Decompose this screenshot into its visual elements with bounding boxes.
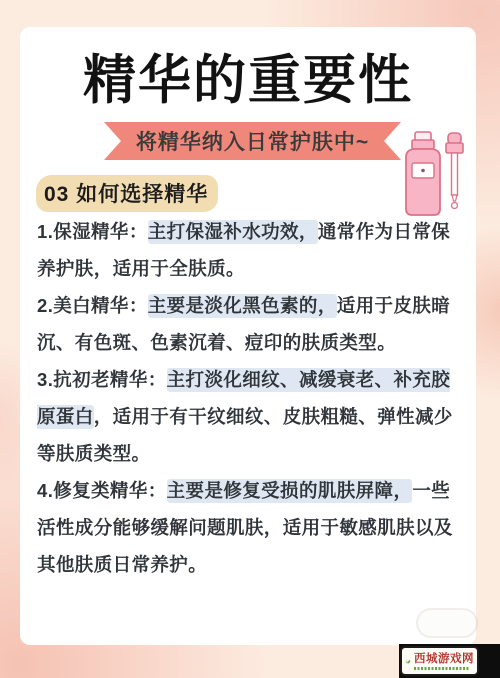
sprout-icon <box>405 654 411 669</box>
page-title: 精华的重要性 <box>20 50 476 112</box>
essence-item-detail: ，适用于有干纹细纹、皮肤粗糙、弹性减少等肤质类型。 <box>37 406 453 464</box>
banner-text: 将精华纳入日常护肤中~ <box>136 126 369 156</box>
essence-item-moisturizing: 1.保湿精华：主打保湿补水功效，通常作为日常保养护肤，适用于全肤质。 <box>37 213 469 287</box>
banner-ribbon: 将精华纳入日常护肤中~ <box>104 122 401 160</box>
essence-item-anti-aging: 3.抗初老精华：主打淡化细纹、减缓衰老、补充胶原蛋白，适用于有干纹细纹、皮肤粗糙… <box>37 361 469 472</box>
essence-item-repair: 4.修复类精华：主要是修复受损的肌肤屏障，一些活性成分能够缓解问题肌肤，适用于敏… <box>37 472 469 583</box>
section-heading-text: 03 如何选择精华 <box>36 175 218 212</box>
section-heading: 03 如何选择精华 <box>36 175 218 212</box>
essence-item-key-point: 主要是淡化黑色素的， <box>148 294 337 318</box>
serum-bottle-icon <box>399 130 469 218</box>
essence-item-name: 3.抗初老精华： <box>37 369 167 390</box>
site-watermark-text-group: 西城游戏网 <box>414 653 474 670</box>
infographic-page: 精华的重要性 将精华纳入日常护肤中~ 0 <box>0 0 500 678</box>
content-card: 精华的重要性 将精华纳入日常护肤中~ 0 <box>20 27 476 645</box>
essence-item-key-point: 主打保湿补水功效， <box>148 220 318 244</box>
essence-item-key-point: 主要是修复受损的肌肤屏障， <box>167 479 413 503</box>
faint-stamp-watermark <box>416 608 478 638</box>
essence-item-name: 4.修复类精华： <box>37 480 167 501</box>
site-watermark-subtext-bar <box>414 667 470 670</box>
essence-item-whitening: 2.美白精华：主要是淡化黑色素的，适用于皮肤暗沉、有色斑、色素沉着、痘印的肤质类… <box>37 287 469 361</box>
site-watermark-name: 西城游戏网 <box>414 653 474 666</box>
essence-type-list: 1.保湿精华：主打保湿补水功效，通常作为日常保养护肤，适用于全肤质。 2.美白精… <box>37 213 469 583</box>
site-watermark-badge: 西城游戏网 <box>400 646 479 676</box>
serum-bottle-illustration <box>399 130 469 218</box>
essence-item-name: 2.美白精华： <box>37 295 148 316</box>
essence-item-name: 1.保湿精华： <box>37 221 148 242</box>
